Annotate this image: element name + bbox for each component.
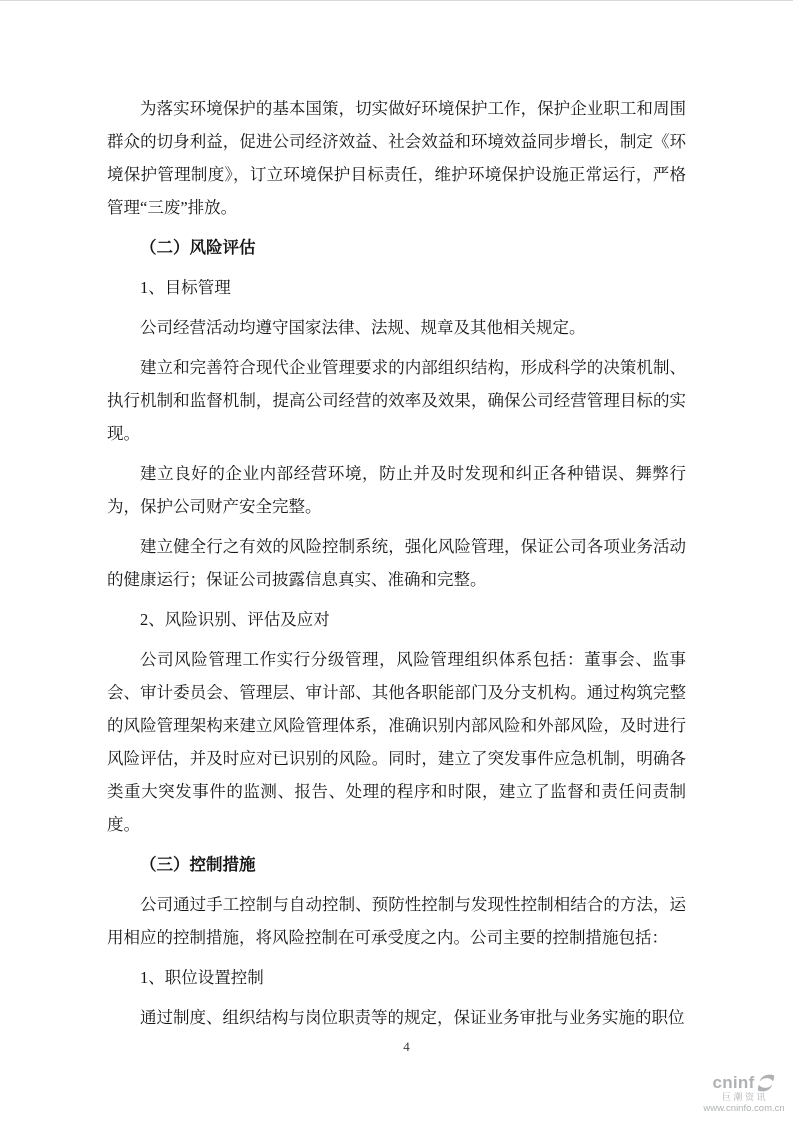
logo-chinese-name: 巨潮资讯 (699, 1093, 789, 1102)
section-heading: （二）风险评估 (107, 231, 686, 264)
sub-heading: 1、职位设置控制 (107, 961, 686, 994)
swirl-icon (756, 1074, 776, 1092)
body-paragraph: 公司通过手工控制与自动控制、预防性控制与发现性控制相结合的方法，运用相应的控制措… (107, 888, 686, 954)
section-heading: （三）控制措施 (107, 848, 686, 881)
logo-brand-row: cninf (699, 1074, 789, 1092)
document-content: 为落实环境保护的基本国策，切实做好环境保护工作，保护企业职工和周围群众的切身利益… (107, 92, 686, 1041)
sub-heading: 2、风险识别、评估及应对 (107, 603, 686, 636)
body-paragraph: 建立良好的企业内部经营环境，防止并及时发现和纠正各种错误、舞弊行为，保护公司财产… (107, 457, 686, 523)
logo-url: www.cninfo.com.cn (699, 1104, 789, 1114)
page-number: 4 (10, 1039, 793, 1055)
body-paragraph: 公司经营活动均遵守国家法律、法规、规章及其他相关规定。 (107, 311, 686, 344)
document-page: 为落实环境保护的基本国策，切实做好环境保护工作，保护企业职工和周围群众的切身利益… (0, 0, 793, 1122)
sub-heading: 1、目标管理 (107, 271, 686, 304)
body-paragraph: 建立和完善符合现代企业管理要求的内部组织结构，形成科学的决策机制、执行机制和监督… (107, 351, 686, 450)
body-paragraph: 通过制度、组织结构与岗位职责等的规定，保证业务审批与业务实施的职位 (107, 1001, 686, 1034)
body-paragraph: 公司风险管理工作实行分级管理，风险管理组织体系包括：董事会、监事会、审计委员会、… (107, 643, 686, 841)
body-paragraph: 为落实环境保护的基本国策，切实做好环境保护工作，保护企业职工和周围群众的切身利益… (107, 92, 686, 224)
body-paragraph: 建立健全行之有效的风险控制系统，强化风险管理，保证公司各项业务活动的健康运行；保… (107, 530, 686, 596)
cninfo-logo: cninf 巨潮资讯 www.cninfo.com.cn (699, 1074, 789, 1114)
page-top-edge (0, 0, 793, 1)
logo-brand-text: cninf (712, 1074, 754, 1091)
